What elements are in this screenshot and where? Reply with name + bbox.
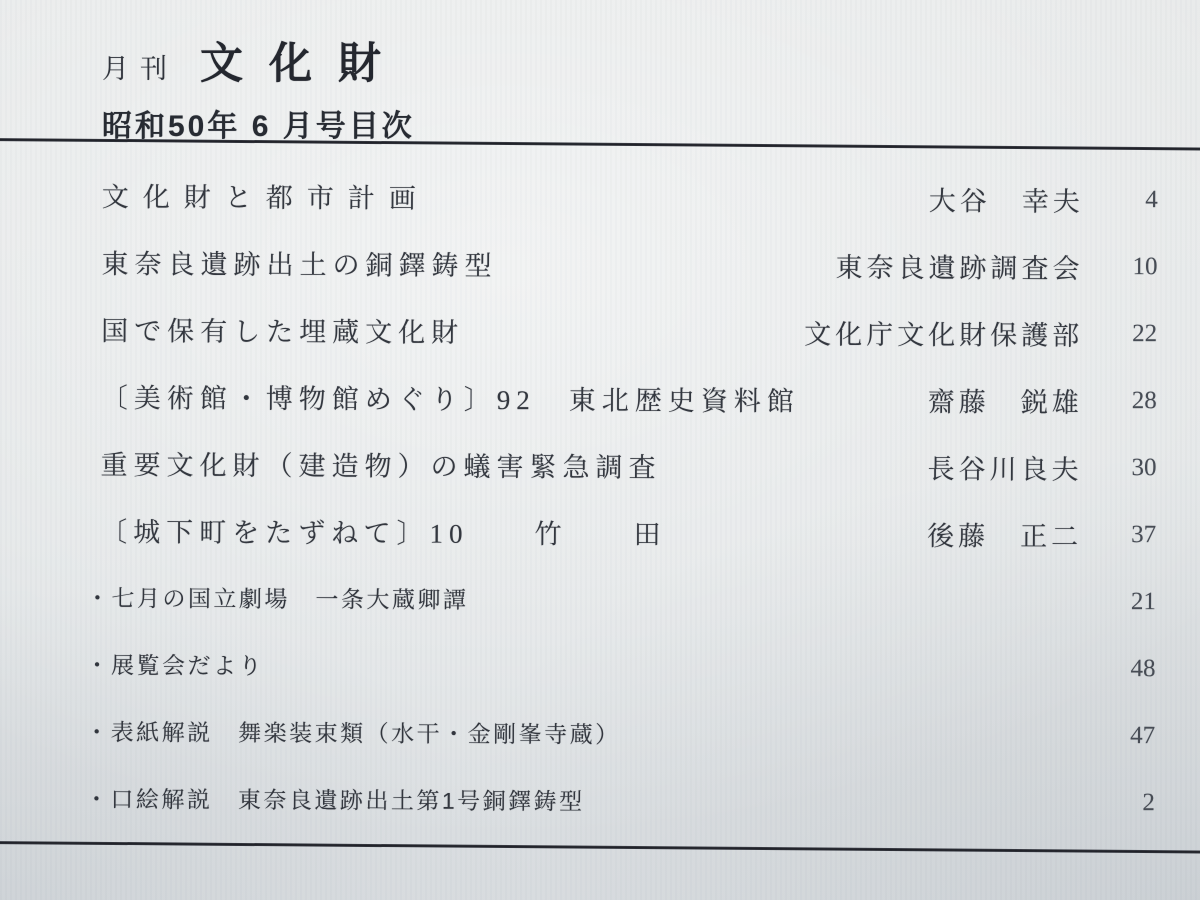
entry-title: ・七月の国立劇場 一条大蔵卿譚 [86, 580, 469, 615]
toc-entry: 〔美術館・博物館めぐり〕92 東北歴史資料館齋藤 鋭雄28 [87, 362, 1157, 434]
toc-list: 文化財と都市計画大谷 幸夫4東奈良遺跡出土の銅鐸鋳型東奈良遺跡調査会10国で保有… [85, 161, 1158, 836]
magazine-title: 文化財 [200, 30, 407, 91]
entry-author: 東奈良遺跡調査会 [835, 246, 1083, 286]
toc-entry: ・表紙解説 舞楽装束類（水干・金剛峯寺蔵）47 [85, 697, 1155, 769]
toc-entry: 重要文化財（建造物）の蟻害緊急調査長谷川良夫30 [86, 429, 1156, 501]
entry-author: 文化庁文化財保護部 [804, 313, 1083, 353]
toc-entry: ・口絵解説 東奈良遺跡出土第1号銅鐸鋳型2 [85, 764, 1155, 836]
entry-title: ・表紙解説 舞楽装束類（水干・金剛峯寺蔵） [85, 714, 621, 750]
toc-entry: 〔城下町をたずねて〕10 竹 田後藤 正二37 [86, 496, 1156, 568]
entry-title: 〔城下町をたずねて〕10 竹 田 [86, 510, 667, 552]
entry-page-number: 22 [1083, 319, 1157, 347]
entry-title: 〔美術館・博物館めぐり〕92 東北歴史資料館 [87, 376, 800, 418]
entry-page-number: 21 [1082, 587, 1156, 615]
entry-page-number: 48 [1081, 654, 1155, 682]
masthead-line: 月刊 文化財 [102, 30, 415, 91]
entry-page-number: 4 [1084, 185, 1158, 213]
toc-entry: ・展覧会だより48 [85, 630, 1155, 702]
toc-entry: 文化財と都市計画大谷 幸夫4 [88, 161, 1158, 233]
entry-page-number: 47 [1081, 721, 1155, 749]
toc-entry: ・七月の国立劇場 一条大蔵卿譚21 [86, 563, 1156, 635]
entry-page-number: 37 [1082, 520, 1156, 548]
entry-author: 後藤 正二 [927, 514, 1082, 554]
entry-title: 重要文化財（建造物）の蟻害緊急調査 [86, 443, 661, 485]
toc-page: 月刊 文化財 昭和50年 6 月号目次 文化財と都市計画大谷 幸夫4東奈良遺跡出… [0, 0, 1200, 900]
entry-author: 長谷川良夫 [927, 447, 1082, 487]
entry-page-number: 2 [1081, 788, 1155, 816]
entry-title: 文化財と都市計画 [88, 175, 430, 216]
entry-title: ・口絵解説 東奈良遺跡出土第1号銅鐸鋳型 [85, 781, 585, 816]
entry-author: 齋藤 鋭雄 [928, 380, 1083, 420]
bottom-divider [0, 841, 1200, 854]
entry-page-number: 28 [1083, 386, 1157, 414]
toc-entry: 国で保有した埋蔵文化財文化庁文化財保護部22 [87, 295, 1157, 367]
toc-entry: 東奈良遺跡出土の銅鐸鋳型東奈良遺跡調査会10 [87, 228, 1157, 300]
entry-title: 国で保有した埋蔵文化財 [87, 309, 464, 350]
magazine-label: 月刊 [102, 47, 178, 86]
entry-page-number: 30 [1082, 453, 1156, 481]
entry-title: ・展覧会だより [85, 647, 264, 681]
entry-author: 大谷 幸夫 [929, 179, 1084, 219]
magazine-header: 月刊 文化財 昭和50年 6 月号目次 [102, 30, 415, 145]
entry-page-number: 10 [1083, 252, 1157, 280]
entry-title: 東奈良遺跡出土の銅鐸鋳型 [87, 242, 497, 283]
